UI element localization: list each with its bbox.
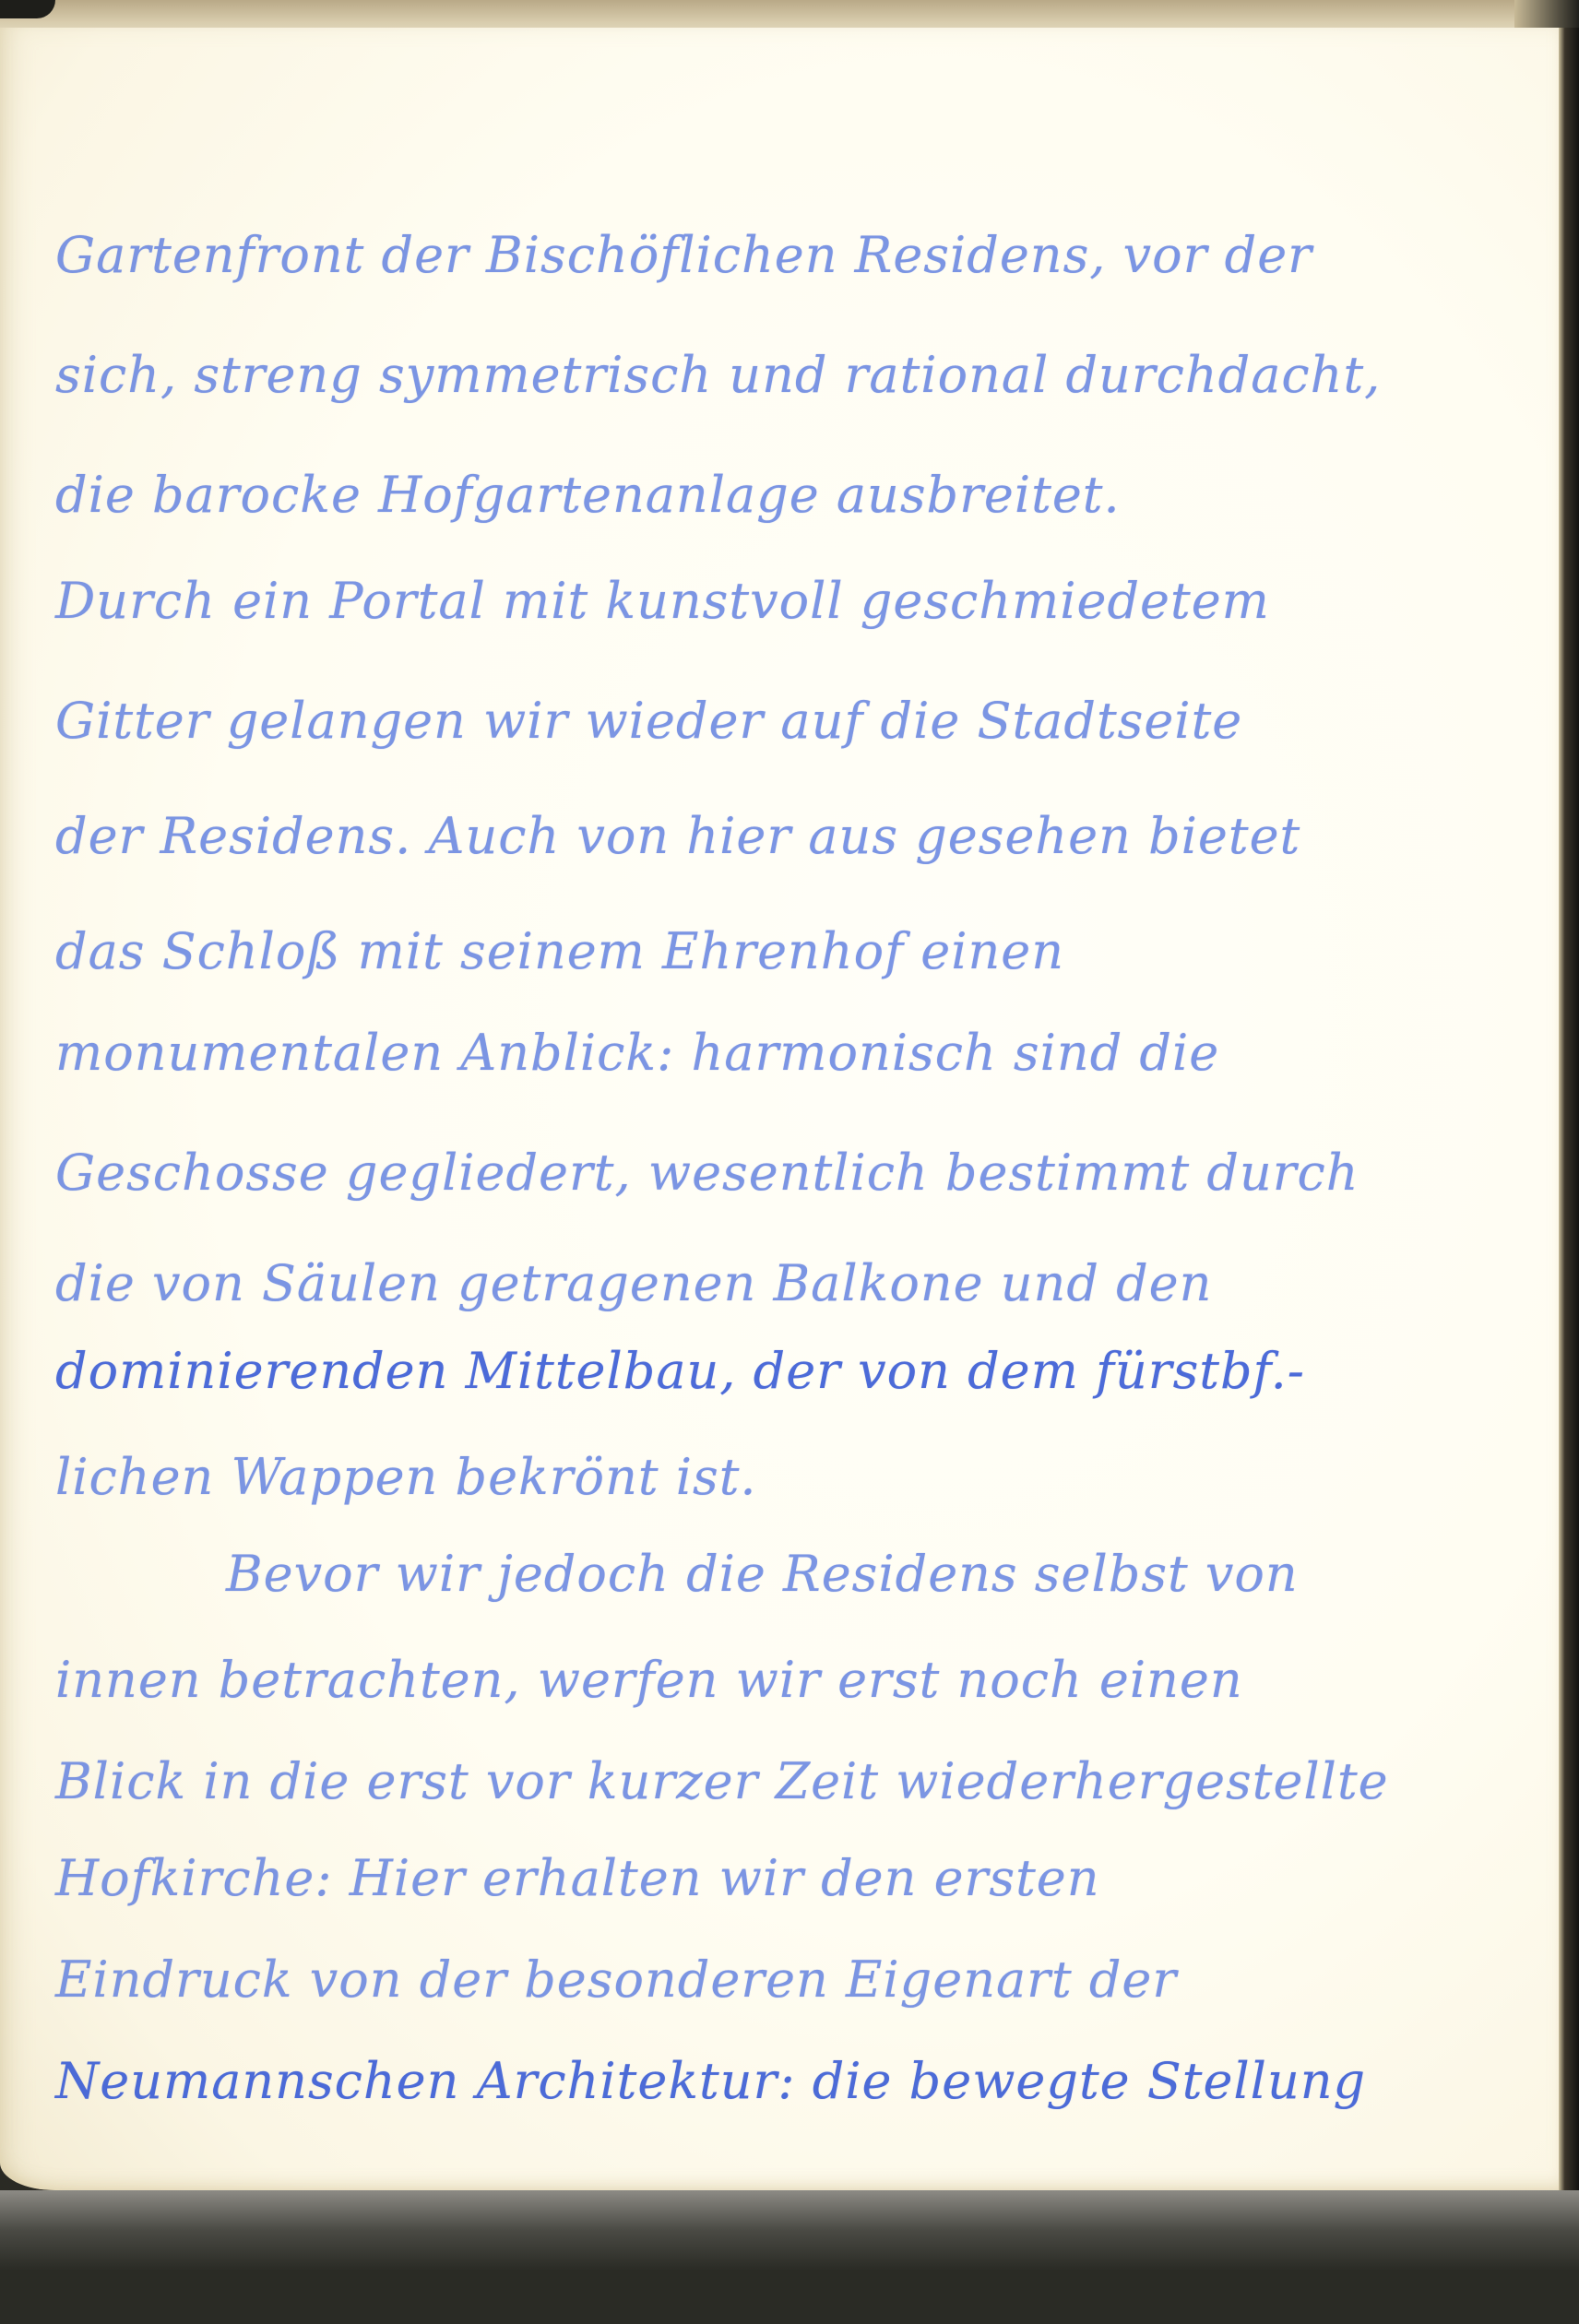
text-line: monumentalen Anblick: harmonisch sind di… [55,1024,1219,1082]
text-line: Geschosse gegliedert, wesentlich bestimm… [55,1144,1359,1202]
manuscript-page: Gartenfront der Bischöflichen Residens, … [0,28,1559,2190]
text-line: Gartenfront der Bischöflichen Residens, … [55,226,1312,284]
text-line: sich, streng symmetrisch und rational du… [55,346,1381,404]
text-line: Gitter gelangen wir wieder auf die Stadt… [55,692,1242,750]
text-line: Hofkirche: Hier erhalten wir den ersten [55,1849,1100,1907]
text-line: Eindruck von der besonderen Eigenart der [55,1951,1177,2009]
page-right-edge [1559,28,1579,2190]
text-line: das Schloß mit seinem Ehrenhof einen [55,922,1064,980]
text-line: Bevor wir jedoch die Residens selbst von [226,1545,1299,1603]
text-line: die von Säulen getragenen Balkone und de… [55,1254,1212,1312]
text-line: Blick in die erst vor kurzer Zeit wieder… [55,1752,1389,1810]
text-line: der Residens. Auch von hier aus gesehen … [55,807,1300,865]
scan-bottom-edge [0,2190,1579,2324]
text-line: die barocke Hofgartenanlage ausbreitet. [55,466,1121,524]
text-line: Neumannschen Architektur: die bewegte St… [55,2052,1366,2110]
text-line: Durch ein Portal mit kunstvoll geschmied… [55,572,1270,630]
text-line: innen betrachten, werfen wir erst noch e… [55,1651,1243,1709]
text-line: dominierenden Mittelbau, der von dem für… [55,1342,1305,1400]
text-line: lichen Wappen bekrönt ist. [55,1448,757,1506]
